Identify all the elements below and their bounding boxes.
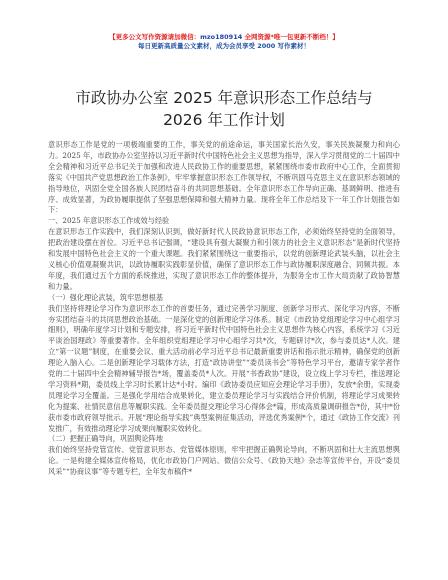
subsection-heading-2: （二）把握正确导向，巩固舆论阵地 <box>48 434 400 445</box>
subsection-1-paragraph: 我们坚持将理论学习作为意识形态工作的首要任务，通过完善学习制度、创新学习形式、深… <box>48 304 400 435</box>
document-body: 意识形态工作是党的一项极端重要的工作，事关党的前途命运，事关国家长治久安，事关民… <box>48 140 400 478</box>
title-line-2: 2026 年工作计划 <box>0 109 448 131</box>
wechat-id: mzo180914 <box>200 33 242 41</box>
promo-suffix: 全网资源*唯一包更新不断档！】 <box>242 33 339 41</box>
promo-line-2: 每日更新高质量公文素材，成为会员享受 2000 写作素材！ <box>0 42 448 51</box>
section-1-paragraph: 在意识形态工作实践中，我们深刻认识到，做好新时代人民政协意识形态工作，必须始终坚… <box>48 227 400 292</box>
promo-prefix: 【更多公文写作资源请加微信： <box>109 33 200 41</box>
subsection-heading-1: （一）强化理论武装，筑牢思想根基 <box>48 293 400 304</box>
title-line-1: 市政协办公室 2025 年意识形态工作总结与 <box>0 87 448 109</box>
subsection-2-paragraph: 我们始终坚持党管宣传、党管意识形态、党管媒体原则，牢牢把握正确舆论导向，不断巩固… <box>48 445 400 478</box>
promo-header: 【更多公文写作资源请加微信：mzo180914 全网资源*唯一包更新不断档！】 … <box>0 33 448 51</box>
section-heading-1: 一、2025 年意识形态工作成效与经验 <box>48 216 400 227</box>
document-title: 市政协办公室 2025 年意识形态工作总结与 2026 年工作计划 <box>0 87 448 131</box>
intro-paragraph: 意识形态工作是党的一项极端重要的工作，事关党的前途命运，事关国家长治久安，事关民… <box>48 140 400 216</box>
promo-line-1: 【更多公文写作资源请加微信：mzo180914 全网资源*唯一包更新不断档！】 <box>0 33 448 42</box>
